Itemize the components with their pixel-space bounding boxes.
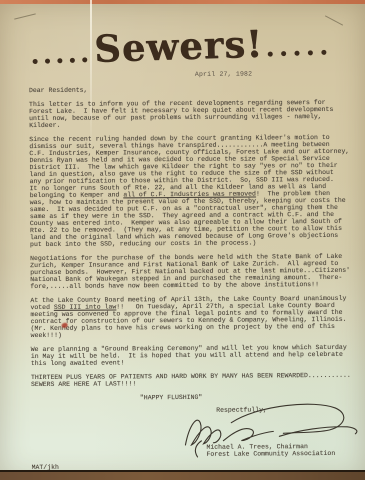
letter-paragraph: We are planning a "Ground Breaking Cerem… [31, 344, 357, 367]
paragraph-text: We are planning a "Ground Breaking Cerem… [31, 344, 347, 367]
paragraph-text: This letter is to inform you of the rece… [29, 99, 333, 129]
scan-bottom-edge [0, 472, 365, 480]
closing-salutation: Respectfully, [216, 406, 267, 413]
closing-block: Respectfully, Michael A. Trees, Chairman… [31, 406, 357, 452]
letter-body: Dear Residents, This letter is to inform… [29, 85, 358, 471]
letter-paragraph: This letter is to inform you of the rece… [29, 99, 355, 129]
letter-paragraph: Negotiations for the purchase of the bon… [30, 253, 356, 290]
letter-headline: .....Sewers!..... [0, 18, 364, 73]
headline-dots-right: ..... [265, 30, 333, 63]
paragraph-text: ! The problem then was, how to maintain … [30, 190, 346, 248]
slogan-line: "HAPPY FLUSHING" [21, 393, 321, 402]
paragraph-text: Negotiations for the purchase of the bon… [30, 253, 350, 290]
paragraph-text: THIRTEEN PLUS YEARS OF PATIENTS AND HARD… [31, 372, 351, 388]
scanned-letter-page: .....Sewers!..... April 27, 1982 Dear Re… [0, 0, 365, 480]
letter-title: Sewers! [93, 21, 264, 70]
letter-date: April 27, 1982 [195, 71, 252, 78]
headline-dots-left: ..... [30, 38, 93, 71]
letter-paragraphs: This letter is to inform you of the rece… [29, 99, 357, 388]
letter-paragraph: At the Lake County Board meeting of Apri… [30, 295, 356, 339]
letter-content: .....Sewers!..... April 27, 1982 Dear Re… [0, 0, 365, 480]
letter-paragraph: Since the recent ruling handed down by t… [29, 134, 356, 248]
letter-paragraph: THIRTEEN PLUS YEARS OF PATIENTS AND HARD… [31, 372, 357, 388]
signer-organization: Forest Lake Community Association [206, 450, 335, 458]
salutation: Dear Residents, [29, 85, 355, 94]
